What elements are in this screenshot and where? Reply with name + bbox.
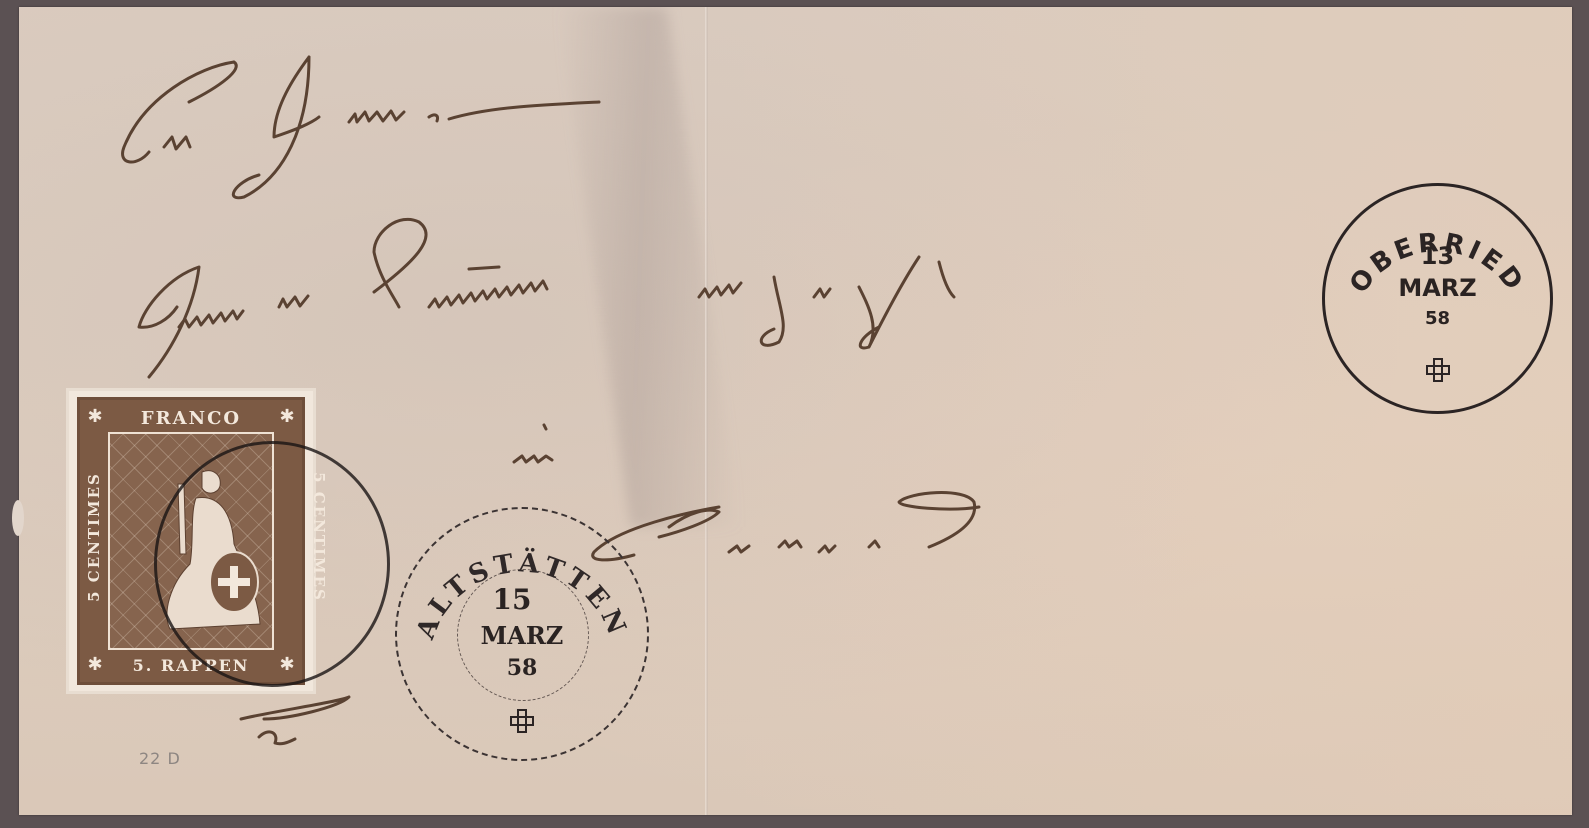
stamp-top-label: FRANCO	[80, 408, 302, 429]
address-line-4: Gland	[19, 7, 22, 8]
postmark-town: ALTSTÄTTEN	[397, 509, 404, 510]
star-ornament-icon: ✱	[276, 654, 298, 676]
stamp-bottom-label: 5. RAPPEN	[80, 656, 302, 675]
pencil-annotation: 22 D	[139, 749, 181, 768]
letter-cover: An Herrn Gemeindeammann in Gland FRANCO …	[19, 7, 1572, 815]
stamp-frame: FRANCO 5. RAPPEN 5 CENTIMES 5 CENTIMES ✱…	[77, 397, 305, 685]
star-ornament-icon: ✱	[84, 406, 106, 428]
postmark-month: MARZ	[397, 621, 647, 650]
star-ornament-icon: ✱	[84, 654, 106, 676]
postmark-day: 15	[377, 583, 647, 616]
postmark-town: OBERRIED	[1325, 186, 1331, 187]
star-ornament-icon: ✱	[276, 406, 298, 428]
stamp-vignette	[108, 432, 274, 650]
postmark-month: MARZ	[1325, 274, 1550, 302]
postmark-day: 13	[1325, 242, 1550, 270]
stamp-left-label: 5 CENTIMES	[85, 402, 103, 672]
postmark-year: 58	[397, 655, 647, 681]
stamp-right-label: 5 CENTIMES	[310, 402, 328, 672]
photo-scene: An Herrn Gemeindeammann in Gland FRANCO …	[0, 0, 1589, 828]
helvetia-figure-icon	[150, 464, 270, 644]
postmark-year: 58	[1325, 308, 1550, 329]
postage-stamp: FRANCO 5. RAPPEN 5 CENTIMES 5 CENTIMES ✱…	[66, 388, 316, 694]
swiss-cross-icon	[510, 709, 534, 733]
swiss-cross-icon	[1426, 358, 1450, 382]
postmark-oberried: OBERRIED 13 MARZ 58 OBERRIED	[1322, 183, 1553, 414]
postmark-altstaetten: ALTSTÄTTEN 15 MARZ 58 ALTSTÄTTEN	[395, 507, 649, 761]
torn-edge	[12, 500, 24, 536]
